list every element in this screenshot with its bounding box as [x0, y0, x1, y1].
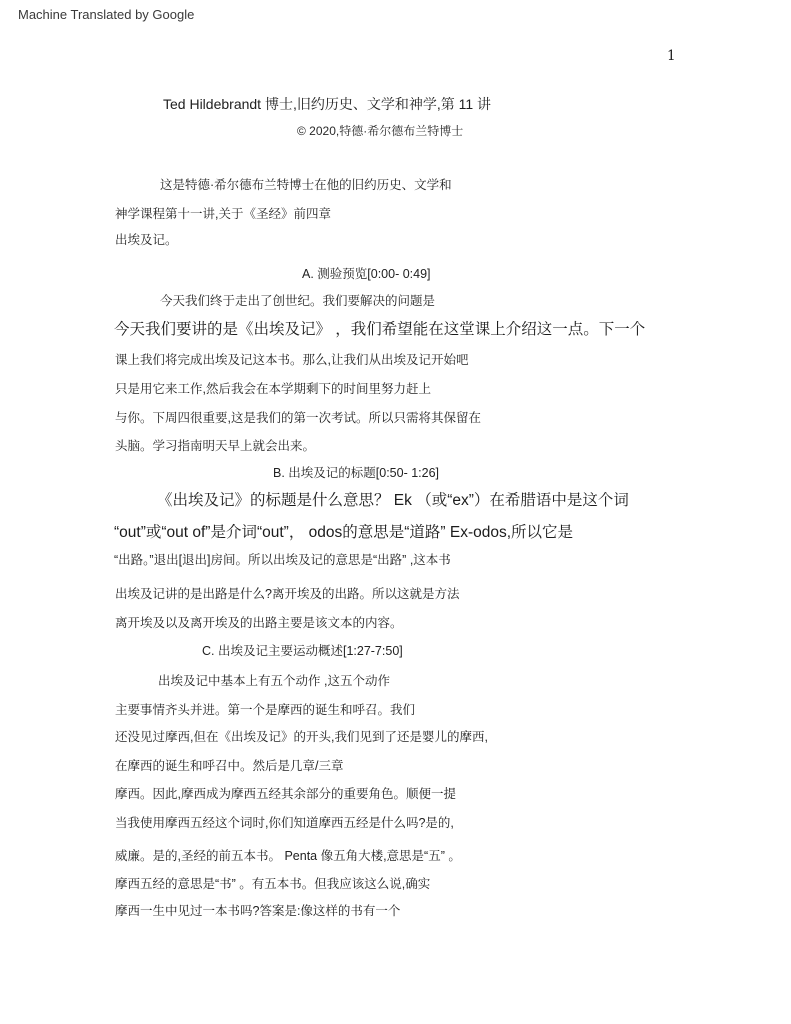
doc-title: Ted Hildebrandt 博士,旧约历史、文学和神学,第 11 讲 [163, 96, 491, 114]
body-line: 出埃及记讲的是出路是什么?离开埃及的出路。所以这就是方法 [115, 587, 459, 603]
body-line: 离开埃及以及离开埃及的出路主要是该文本的内容。 [115, 616, 403, 632]
section-b-heading: B. 出埃及记的标题[0:50- 1:26] [273, 466, 439, 482]
body-line-emphasized: 今天我们要讲的是《出埃及记》 ，我们希望能在这堂课上介绍这一点。下一个 [114, 320, 645, 339]
body-line-emphasized: 《出埃及记》的标题是什么意思？ Ek （或“ex”）在希腊语中是这个词 [157, 491, 629, 510]
body-line: 还没见过摩西,但在《出埃及记》的开头,我们见到了还是婴儿的摩西, [115, 730, 488, 746]
section-a-heading: A. 测验预览[0:00- 0:49] [302, 267, 431, 283]
section-c-heading: C. 出埃及记主要运动概述[1:27-7:50] [202, 644, 403, 660]
intro-line: 出埃及记。 [115, 233, 178, 249]
body-line: 威廉。是的,圣经的前五本书。 Penta 像五角大楼,意思是“五” 。 [115, 849, 461, 865]
body-line: 出埃及记中基本上有五个动作 ,这五个动作 [158, 674, 390, 690]
body-line: 主要事情齐头并进。第一个是摩西的诞生和呼召。我们 [115, 703, 415, 719]
body-line-emphasized: “out”或“out of”是介词“out”， odos的意思是“道路” Ex-… [114, 523, 573, 542]
body-line: 与你。下周四很重要,这是我们的第一次考试。所以只需将其保留在 [115, 411, 481, 427]
body-line: 今天我们终于走出了创世纪。我们要解决的问题是 [160, 294, 435, 310]
body-line: 课上我们将完成出埃及记这本书。那么,让我们从出埃及记开始吧 [115, 353, 468, 369]
body-line: 摩西一生中见过一本书吗?答案是:像这样的书有一个 [115, 904, 400, 920]
document-page: Machine Translated by Google 1 Ted Hilde… [0, 0, 791, 1024]
intro-line: 神学课程第十一讲,关于《圣经》前四章 [115, 207, 331, 223]
intro-line: 这是特德·希尔德布兰特博士在他的旧约历史、文学和 [160, 178, 452, 194]
body-line: 摩西五经的意思是“书” 。有五本书。但我应该这么说,确实 [115, 877, 430, 893]
copyright-line: © 2020,特德·希尔德布兰特博士 [297, 124, 463, 139]
body-line: “出路。”退出[退出]房间。所以出埃及记的意思是“出路” ,这本书 [114, 553, 451, 569]
body-line: 摩西。因此,摩西成为摩西五经其余部分的重要角色。顺便一提 [115, 787, 456, 803]
page-number: 1 [667, 48, 676, 65]
body-line: 只是用它来工作,然后我会在本学期剩下的时间里努力赶上 [115, 382, 431, 398]
machine-translation-banner: Machine Translated by Google [18, 7, 194, 23]
body-line: 在摩西的诞生和呼召中。然后是几章/三章 [115, 759, 343, 775]
body-line: 头脑。学习指南明天早上就会出来。 [115, 439, 315, 455]
body-line: 当我使用摩西五经这个词时,你们知道摩西五经是什么吗?是的, [115, 816, 454, 832]
